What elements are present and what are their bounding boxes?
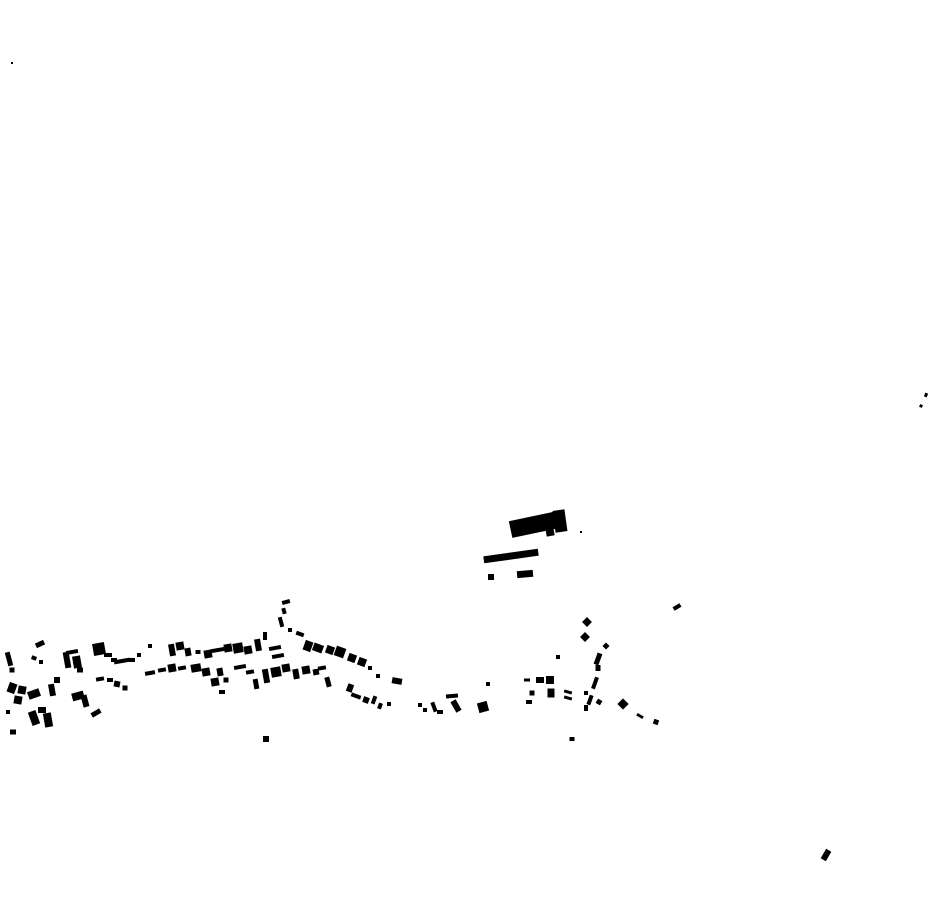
building-footprint	[548, 689, 555, 698]
building-footprint	[545, 527, 554, 536]
building-footprint-map	[0, 0, 930, 924]
building-footprint	[243, 645, 252, 654]
building-footprint	[77, 668, 83, 673]
building-footprint	[596, 665, 601, 671]
building-footprint	[39, 660, 43, 664]
building-footprint	[437, 710, 443, 714]
building-footprint	[223, 643, 232, 652]
building-footprint	[107, 678, 113, 682]
building-footprint	[263, 632, 267, 640]
building-footprint	[232, 642, 244, 654]
building-footprint	[288, 628, 292, 632]
building-footprint	[584, 705, 588, 711]
building-footprint	[281, 663, 290, 672]
map-background	[0, 0, 930, 924]
building-footprint	[517, 570, 534, 578]
building-footprint	[263, 736, 269, 742]
building-footprint	[38, 707, 46, 713]
building-footprint	[137, 653, 141, 657]
building-footprint	[114, 681, 121, 688]
building-footprint	[376, 674, 380, 678]
building-footprint	[13, 695, 22, 704]
building-footprint	[584, 691, 588, 695]
building-footprint	[104, 653, 112, 657]
building-footprint	[92, 642, 106, 656]
building-footprint	[556, 655, 560, 659]
building-footprint	[219, 690, 225, 694]
building-footprint	[530, 691, 535, 696]
map-canvas	[0, 0, 930, 924]
building-footprint	[301, 665, 310, 674]
building-footprint	[175, 641, 184, 650]
building-footprint	[580, 531, 582, 533]
building-footprint	[6, 710, 10, 714]
building-footprint	[123, 686, 128, 691]
building-footprint	[10, 730, 16, 735]
building-footprint	[11, 62, 13, 64]
building-footprint	[387, 702, 391, 706]
building-footprint	[201, 667, 210, 676]
building-footprint	[190, 663, 201, 673]
building-footprint	[486, 682, 490, 686]
building-footprint	[570, 737, 575, 741]
building-footprint	[10, 668, 15, 673]
building-footprint	[129, 658, 135, 662]
building-footprint	[17, 685, 26, 694]
building-footprint	[270, 666, 282, 678]
building-footprint	[423, 708, 427, 712]
building-footprint	[148, 644, 152, 648]
building-footprint	[196, 650, 201, 654]
building-footprint	[54, 677, 60, 683]
building-footprint	[368, 666, 372, 670]
building-footprint	[488, 574, 494, 580]
building-footprint	[524, 679, 530, 682]
building-footprint	[526, 700, 532, 704]
building-footprint	[418, 703, 422, 707]
building-footprint	[224, 678, 229, 683]
building-footprint	[167, 663, 176, 672]
building-footprint	[536, 677, 544, 683]
building-footprint	[546, 676, 554, 684]
building-footprint	[210, 677, 219, 686]
